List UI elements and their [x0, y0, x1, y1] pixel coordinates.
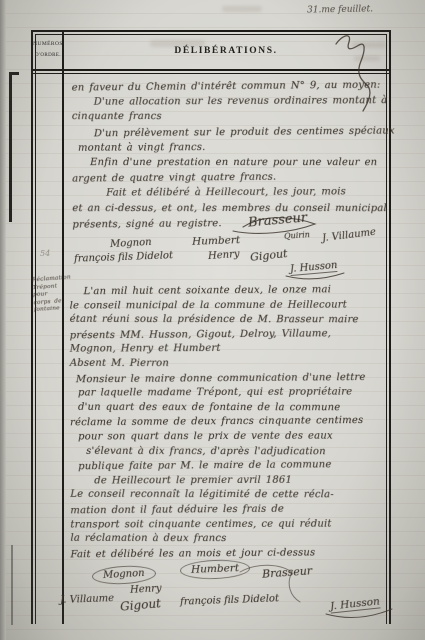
- deliberation-1-text: en faveur du Chemin d'intérêt commun N° …: [72, 78, 387, 232]
- signature-villaume-2: J. Villaume: [60, 593, 114, 606]
- deliberations-title: DÉLIBÉRATIONS.: [63, 46, 389, 56]
- manuscript-line: mation dont il faut déduire les frais de: [70, 502, 388, 519]
- order-column-header: NUMÉROS D'ORDRE.: [33, 39, 63, 61]
- manuscript-line: étant réuni sous la présidence de M. Bra…: [70, 313, 388, 328]
- register-page-scan: 31.me feuillet. NUMÉROS D'ORDRE. DÉLIBÉR…: [0, 0, 425, 640]
- manuscript-line: cinquante francs: [72, 109, 386, 124]
- order-column-header-line1: NUMÉROS: [33, 39, 63, 50]
- manuscript-line: la réclamation à deux francs: [70, 532, 388, 547]
- manuscript-line: transport soit cinquante centimes, ce qu…: [70, 517, 388, 533]
- deliberation-2-text: L'an mil huit cent soixante deux, le onz…: [70, 283, 389, 561]
- facing-page-border-corner: [9, 72, 19, 75]
- manuscript-line: en faveur du Chemin d'intérêt commun N° …: [72, 77, 386, 95]
- signature-quirin: Quirin: [284, 230, 310, 241]
- manuscript-line: montant à vingt francs.: [72, 139, 386, 156]
- manuscript-line: L'an mil huit cent soixante deux, le onz…: [69, 283, 387, 300]
- facing-page-border: [9, 72, 12, 222]
- signature-mognon: Mognon: [110, 237, 152, 250]
- entry-number: 54: [40, 249, 50, 258]
- header-rule-thin: [33, 73, 389, 74]
- manuscript-line: D'un prélèvement sur le produit des cent…: [72, 123, 386, 141]
- margin-note: RéclamationTrépontpourcorps defontaine: [32, 275, 69, 315]
- manuscript-line: Absent M. Pierron: [70, 357, 388, 372]
- facing-page-border-bottom: [11, 545, 13, 625]
- manuscript-line: par laquelle madame Trépont, qui est pro…: [70, 386, 388, 402]
- signature-henry-2: Henry: [130, 583, 162, 596]
- signature-humbert: Humbert: [192, 234, 240, 248]
- signature-henry: Henry: [208, 249, 240, 262]
- manuscript-line: présents MM. Husson, Gigout, Delroy, Vil…: [70, 327, 388, 344]
- manuscript-line: D'une allocation sur les revenus ordinai…: [72, 93, 386, 110]
- order-column-divider: [62, 32, 64, 624]
- manuscript-line: et an ci-dessus, et ont, les membres du …: [72, 201, 386, 216]
- order-column-header-line2: D'ORDRE.: [33, 50, 63, 61]
- manuscript-line: pour son quart dans le prix de vente des…: [70, 429, 388, 445]
- folio-label: 31.me feuillet.: [307, 4, 373, 15]
- manuscript-line: présents, signé au registre.: [72, 214, 386, 232]
- photo-left-edge: [0, 0, 6, 640]
- manuscript-line: publique faite par M. le maire de la com…: [70, 458, 388, 475]
- header-rule: [33, 69, 389, 71]
- manuscript-line: Le conseil reconnaît la légitimité de ce…: [70, 488, 388, 503]
- manuscript-line: Monsieur le maire donne communication d'…: [70, 370, 388, 387]
- manuscript-line: Mognon, Henry et Humbert: [70, 342, 388, 358]
- ink-bleed-mark: [222, 6, 262, 12]
- manuscript-line: réclame la somme de deux francs cinquant…: [70, 414, 388, 431]
- manuscript-line: de Heillecourt le premier avril 1861: [70, 473, 388, 489]
- manuscript-line: Fait et délibéré à Heillecourt, les jour…: [72, 185, 386, 202]
- manuscript-line: le conseil municipal de la commune de He…: [70, 298, 388, 314]
